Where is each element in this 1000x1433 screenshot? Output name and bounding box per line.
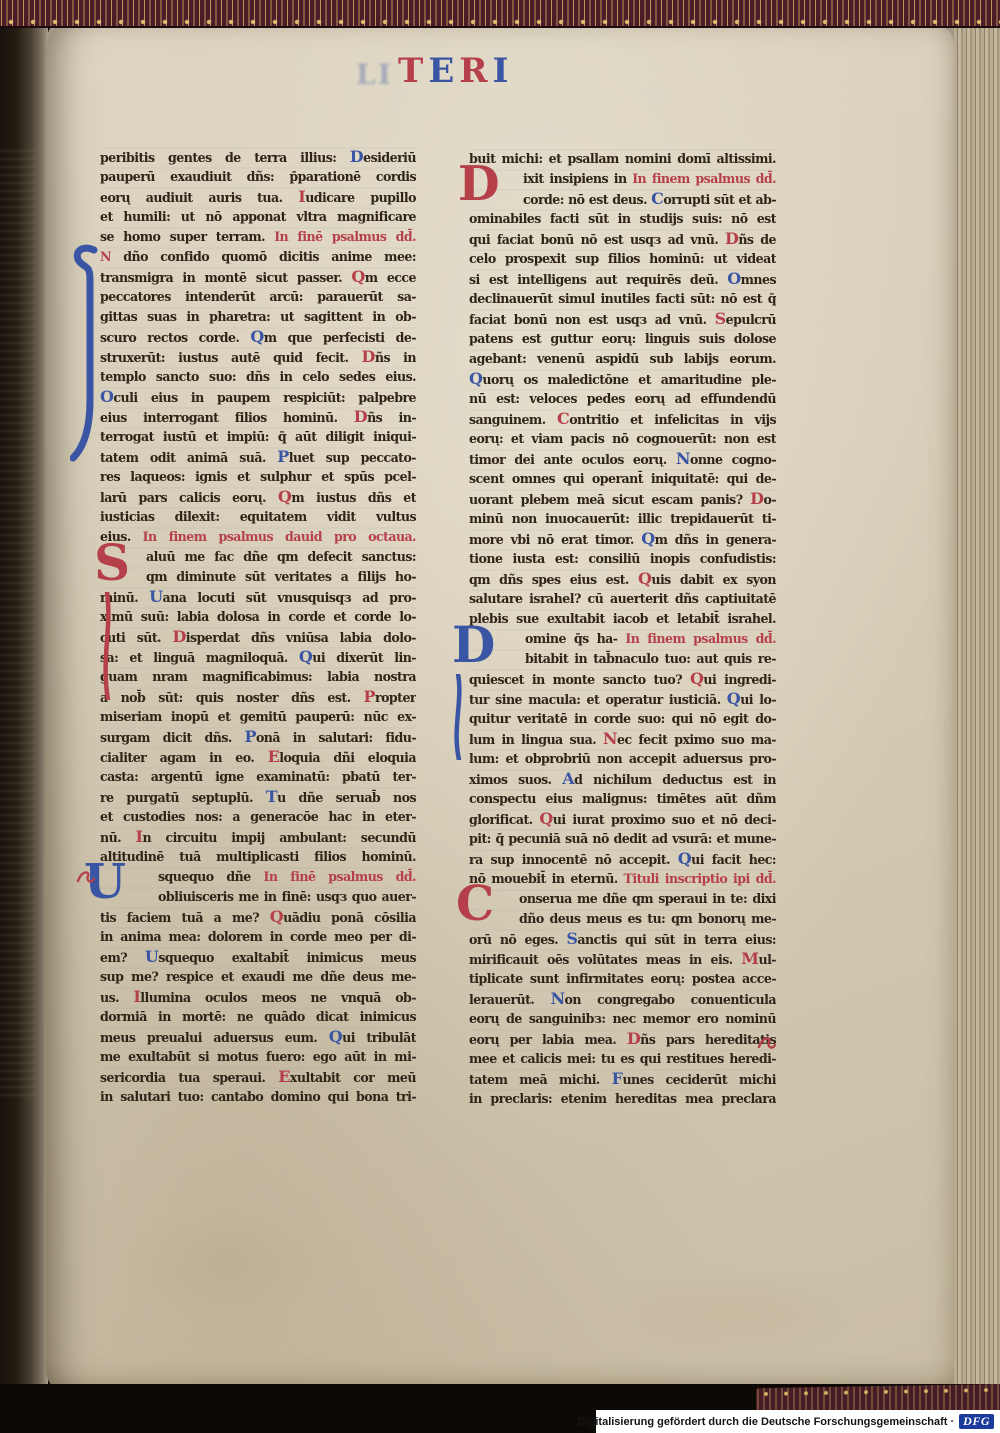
text-line: in preclaris: etenim hereditas mea precl… xyxy=(469,1089,776,1109)
text-line: quitur veritatē in corde suo: qui nō egi… xyxy=(469,709,776,729)
text-line: quiescet in monte sancto tuo? Qui ingred… xyxy=(469,669,776,689)
text-line: more vbi nō erat timor. Qm dñs in genera… xyxy=(469,529,776,549)
text-line: tiplicate sunt infirmitates eorų: postea… xyxy=(469,969,776,989)
facing-page-ghost-text xyxy=(0,150,36,1100)
dfg-logo: DFG xyxy=(959,1414,994,1429)
text-line: guam nram magnificabimus: labia nostra xyxy=(100,667,416,687)
inline-lombardic-initial: D xyxy=(172,627,185,646)
text-line: et custodies nos: a generacōe hac in ete… xyxy=(100,807,416,827)
inline-lombardic-initial: Q xyxy=(329,1027,342,1046)
text-line: faciat bonū non est usqз ad vnū. Sepulcr… xyxy=(469,309,776,329)
book-binding-top-gilt xyxy=(0,0,1000,28)
text-line: eorų de sanguinibз: nec memor ero nominū xyxy=(469,1009,776,1029)
running-title: TERI xyxy=(398,54,513,88)
text-line: gittas suas in pharetra: ut sagittent in… xyxy=(100,307,416,327)
illuminated-initial-D: D xyxy=(458,162,500,206)
running-title-letter: E xyxy=(428,54,459,88)
text-line: pauperū exaudiuit dñs: p̄parationē cordi… xyxy=(100,167,416,187)
inline-lombardic-initial: Q xyxy=(278,487,291,506)
text-line: ominabiles facti sūt in studijs suis: nō… xyxy=(469,209,776,229)
inline-lombardic-initial: D xyxy=(350,147,363,166)
text-line: celo prospexit sup filios hominū: ut vid… xyxy=(469,249,776,269)
text-line: cialiter agam in eo. Eloquia dñi eloquia xyxy=(100,747,416,767)
text-line: surgam dicit dñs. Ponā in salutari: fidu… xyxy=(100,727,416,747)
text-line: timor dei ante oculos eorų. Nonne cogno- xyxy=(469,449,776,469)
text-line: templo sancto suo: dñs in celo sedes eiu… xyxy=(100,367,416,387)
text-line: nū. In circuitu impij ambulant: secundū xyxy=(100,827,416,847)
inline-lombardic-initial: Q xyxy=(641,529,654,548)
text-line: lum: et obprobriū non accepit aduersus p… xyxy=(469,749,776,769)
text-line: peribitis gentes de terra illius: Deside… xyxy=(100,147,416,167)
text-line: sericordia tua speraui. Exultabit cor me… xyxy=(100,1067,416,1087)
inline-lombardic-initial: Q xyxy=(351,267,364,286)
text-line: uorant plebem meā sicut escam panis? Do- xyxy=(469,489,776,509)
text-line: Oculi eius in paupem respiciūt: palpebre xyxy=(100,387,416,407)
text-line: et humili: ut nō apponat vltra magnifica… xyxy=(100,207,416,227)
text-line: minū. Uana locuti sūt vnusquisqз ad pro- xyxy=(100,587,416,607)
inline-lombardic-initial: P xyxy=(244,727,255,746)
inline-lombardic-initial: Q xyxy=(539,809,552,828)
inline-lombardic-initial: M xyxy=(741,949,758,968)
text-line: declinauerūt simul inutiles facti sūt: n… xyxy=(469,289,776,309)
text-line: dormiā in mortē: ne quādo dicat inimicus xyxy=(100,1007,416,1027)
text-line: orū nō eges. Sanctis qui sūt in terra ei… xyxy=(469,929,776,949)
text-line: scent omnes qui operant̄ iniquitatē: qui… xyxy=(469,469,776,489)
inline-lombardic-initial: Q xyxy=(250,327,263,346)
inline-lombardic-initial: O xyxy=(727,269,740,288)
marginal-pen-flourish xyxy=(76,868,96,890)
text-line: onserua me dñe qm speraui in te: dixi xyxy=(469,889,776,909)
text-line: miseriam inopū et gemitū pauperū: nūc ex… xyxy=(100,707,416,727)
running-title-letter: R xyxy=(459,54,492,88)
text-line: tione iusta est: consiliū inopis confudi… xyxy=(469,549,776,569)
inline-lombardic-initial: P xyxy=(364,687,375,706)
text-line: tatem meā michi. Funes ceciderūt michi xyxy=(469,1069,776,1089)
text-line: lum in lingua sua. Nec fecit pximo suo m… xyxy=(469,729,776,749)
inline-lombardic-initial: N xyxy=(676,449,690,468)
text-line: se homo super terram. In finē psalmus dd… xyxy=(100,227,416,247)
text-line: casta: argentū igne examinatū: pbatū ter… xyxy=(100,767,416,787)
text-line: in salutari tuo: cantabo domino qui bona… xyxy=(100,1087,416,1107)
text-line: scuro rectos corde. Qm que perfecisti de… xyxy=(100,327,416,347)
inline-lombardic-initial: D xyxy=(354,407,367,426)
text-line: N dño confido quomō dicitis anime mee: xyxy=(100,247,416,267)
text-line: eorų: et viam pacis nō cognouerūt: non e… xyxy=(469,429,776,449)
text-line: tur sine macula: et operatur iusticiā. Q… xyxy=(469,689,776,709)
text-line: buit michi: et psallam nomini domī altis… xyxy=(469,149,776,169)
inline-lombardic-initial: Q xyxy=(270,907,283,926)
text-line: qm diminute sūt veritates a filijs ho- xyxy=(100,567,416,587)
text-line: peccatores intenderūt arcū: parauerūt sa… xyxy=(100,287,416,307)
text-line: cuti sūt. Disperdat dñs vniūsa labia dol… xyxy=(100,627,416,647)
text-line: salutare israhel? cū auerterit dñs capti… xyxy=(469,589,776,609)
text-line: obliuisceris me in finē: usqз quo auer- xyxy=(100,887,416,907)
text-line: res laqueos: ignis et sulphur et spūs pc… xyxy=(100,467,416,487)
inline-lombardic-initial: O xyxy=(100,387,113,406)
text-line: dño deus meus es tu: qm bonorų me- xyxy=(469,909,776,929)
running-title-letter: I xyxy=(493,54,514,88)
text-line: eius. In finem psalmus dauid pro octaua. xyxy=(100,527,416,547)
running-title-letter: T xyxy=(398,54,428,88)
inline-lombardic-initial: Q xyxy=(690,669,703,688)
text-line: larū pars calicis eorų. Qm iustus dñs et xyxy=(100,487,416,507)
text-line: us. Illumina oculos meos ne vnquā ob- xyxy=(100,987,416,1007)
inline-lombardic-initial: D xyxy=(725,229,738,248)
text-line: conspectu eius malignus: timētes aūt dñm xyxy=(469,789,776,809)
text-line: in anima mea: dolorem in corde meo per d… xyxy=(100,927,416,947)
dfg-credit-strip: Digitalisierung gefördert durch die Deut… xyxy=(596,1410,1000,1433)
text-line: meus preualui aduersus eum. Qui tribulāt xyxy=(100,1027,416,1047)
text-line: re purgatū septuplū. Tu dñe seruab̄ nos xyxy=(100,787,416,807)
digitized-manuscript-scan: LI TERI peribitis gentes de terra illius… xyxy=(0,0,1000,1433)
inline-lombardic-initial: Q xyxy=(299,647,312,666)
text-line: sa: et linguā magniloquā. Qui dixerūt li… xyxy=(100,647,416,667)
text-line: qm dñs spes eius est. Quis dabit ex syon xyxy=(469,569,776,589)
text-line: transmigra in montē sicut passer. Qm ecc… xyxy=(100,267,416,287)
text-line: sanguinem. Contritio et infelicitas in v… xyxy=(469,409,776,429)
inline-lombardic-initial: S xyxy=(715,309,726,328)
parchment-stain xyxy=(116,1204,336,1324)
parchment-stain xyxy=(606,1264,866,1364)
inline-lombardic-initial: U xyxy=(149,587,162,606)
text-line: sup me? respice et exaudi me dñe deus me… xyxy=(100,967,416,987)
text-line: nū est: veloces pedes eorų ad effundendū xyxy=(469,389,776,409)
text-line: terrogat iustū et impiū: q̄ aūt diligit … xyxy=(100,427,416,447)
inline-lombardic-initial: P xyxy=(277,447,288,466)
ink-offset-ghost-title: LI xyxy=(356,58,393,91)
inline-lombardic-initial: D xyxy=(750,489,763,508)
text-line: me exultabūt si motus fuero: ego aūt in … xyxy=(100,1047,416,1067)
text-column-left: peribitis gentes de terra illius: Deside… xyxy=(100,147,416,1107)
text-line: lerauerūt. Non congregabo conuenticula xyxy=(469,989,776,1009)
text-line: nō mouebit̄ in eternū. Tituli inscriptio… xyxy=(469,869,776,889)
page-stack-fore-edge xyxy=(948,26,1000,1392)
text-line: struxerūt: iustus autē quid fecit. Dñs i… xyxy=(100,347,416,367)
text-line: ximos suos. Ad nichilum deductus est in xyxy=(469,769,776,789)
digitization-credit-text: Digitalisierung gefördert durch die Deut… xyxy=(578,1416,955,1428)
text-line: em? Usquequo exaltabit̄ inimicus meus xyxy=(100,947,416,967)
facing-page-gutter-edge xyxy=(0,0,48,1392)
text-line: tatem odit animā suā. Pluet sup peccato- xyxy=(100,447,416,467)
inline-lombardic-initial: T xyxy=(266,787,277,806)
inline-lombardic-initial: Q xyxy=(469,369,482,388)
text-line: altitudinē tuā multiplicasti filios homi… xyxy=(100,847,416,867)
marginal-pen-flourish xyxy=(757,1034,777,1056)
inline-lombardic-initial: N xyxy=(550,989,564,1008)
illuminated-initial-C: C xyxy=(456,882,494,926)
text-line: agebant: venenū aspidū sub labijs eorum. xyxy=(469,349,776,369)
text-line: iusticias dilexit: equitatem vidit vultu… xyxy=(100,507,416,527)
text-column-right: buit michi: et psallam nomini domī altis… xyxy=(469,149,776,1109)
text-line: ximū suū: labia dolosa in corde et corde… xyxy=(100,607,416,627)
inline-lombardic-initial: D xyxy=(362,347,375,366)
inline-lombardic-initial: Q xyxy=(727,689,740,708)
inline-lombardic-initial: F xyxy=(612,1069,623,1088)
text-line: tis faciem tuā a me? Quādiu ponā cōsilia xyxy=(100,907,416,927)
inline-lombardic-initial: D xyxy=(627,1029,640,1048)
text-line: aluū me fac dñe qm defecit sanctus: xyxy=(100,547,416,567)
text-line: a nob̄ sūt: quis noster dñs est. Propter xyxy=(100,687,416,707)
inline-lombardic-initial: S xyxy=(566,929,577,948)
text-line: eorų audiuit auris tua. Iudicare pupillo xyxy=(100,187,416,207)
text-line: bitabit in tab̄naculo tuo: aut quis re- xyxy=(469,649,776,669)
inline-lombardic-initial: E xyxy=(268,747,280,766)
inline-lombardic-initial: A xyxy=(562,769,574,788)
illuminated-initial-D: D xyxy=(452,622,495,668)
inline-lombardic-initial: C xyxy=(557,409,569,428)
illuminated-initial-S: S xyxy=(94,540,130,586)
initial-swash-tail xyxy=(99,592,115,704)
inline-lombardic-initial: Q xyxy=(638,569,651,588)
inline-lombardic-initial: C xyxy=(651,189,663,208)
text-line: si est intelligens aut requirēs deū. Omn… xyxy=(469,269,776,289)
text-line: plebis sue exultabit iacob et letabit̄ i… xyxy=(469,609,776,629)
initial-swash-tail xyxy=(450,674,466,764)
text-line: ra sup innocentē nō accepit. Qui facit h… xyxy=(469,849,776,869)
inline-lombardic-initial: U xyxy=(145,947,158,966)
inline-lombardic-initial: Q xyxy=(678,849,691,868)
text-line: eius interrogant filios hominū. Dñs in- xyxy=(100,407,416,427)
text-line: omine q̄s ha- In finem psalmus dd̄. xyxy=(469,629,776,649)
text-line: patens est guttur eorų: linguis suis dol… xyxy=(469,329,776,349)
text-line: pit: q̄ pecuniā suā nō dedit ad vsurā: e… xyxy=(469,829,776,849)
text-line: qui faciat bonū nō est usqз ad vnū. Dñs … xyxy=(469,229,776,249)
inline-lombardic-initial: E xyxy=(278,1067,290,1086)
text-line: eorų per labia mea. Dñs pars hereditatis xyxy=(469,1029,776,1049)
inline-lombardic-initial: N xyxy=(603,729,617,748)
illuminated-initial-I-flourish xyxy=(70,244,100,466)
text-line: ixit insipiens in In finem psalmus dd̄. xyxy=(469,169,776,189)
text-line: corde: nō est deus. Corrupti sūt et ab- xyxy=(469,189,776,209)
text-line: minū non inuocauerūt: illic trepidauerūt… xyxy=(469,509,776,529)
text-line: mee et calicis mei: tu es qui restitues … xyxy=(469,1049,776,1069)
text-line: Quorų os maledictōne et amaritudine ple- xyxy=(469,369,776,389)
text-line: mirificauit oēs volūtates meas in eis. M… xyxy=(469,949,776,969)
text-line: squequo dñe In finē psalmus dd̄. xyxy=(100,867,416,887)
text-line: glorificat. Qui iurat proximo suo et nō … xyxy=(469,809,776,829)
